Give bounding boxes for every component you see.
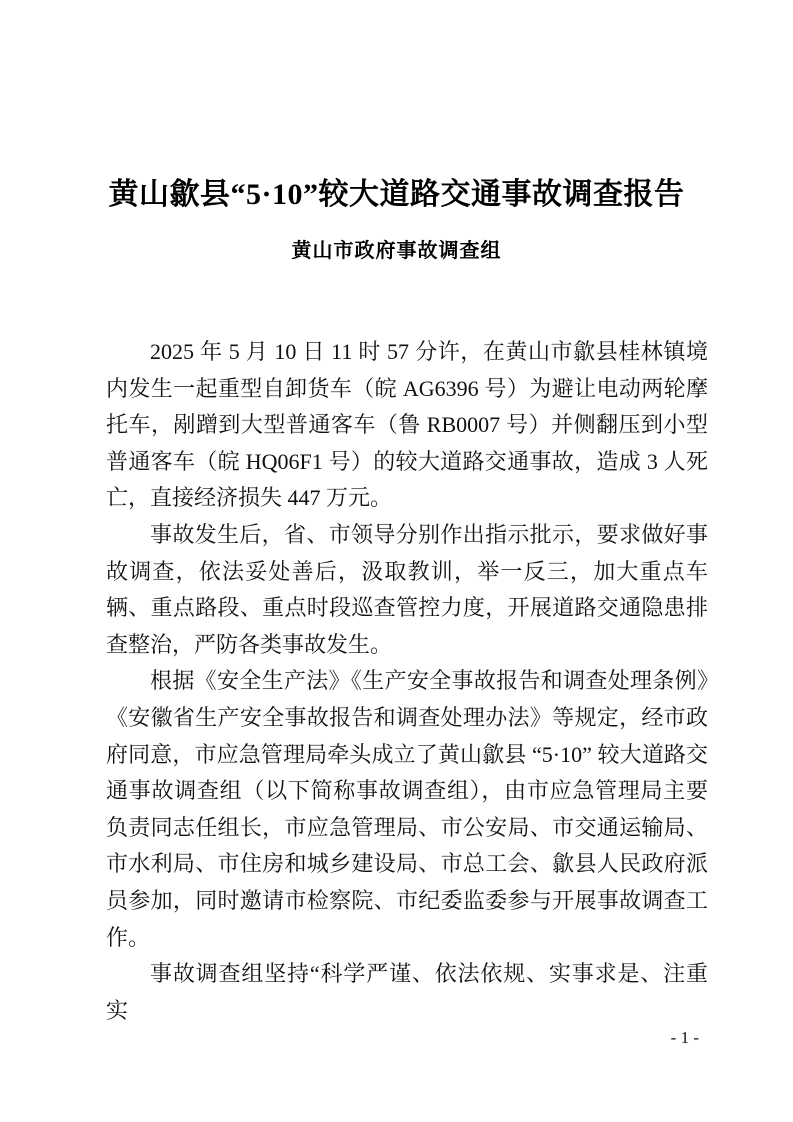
- report-title: 黄山歙县“5·10”较大道路交通事故调查报告: [40, 176, 753, 214]
- page-number: - 1 -: [671, 1027, 699, 1049]
- paragraph-principles-truncated: 事故调查组坚持“科学严谨、依法依规、实事求是、注重实: [106, 956, 708, 1029]
- paragraph-accident-summary: 2025 年 5 月 10 日 11 时 57 分许，在黄山市歙县桂林镇境内发生…: [106, 334, 708, 517]
- paragraph-investigation-team: 根据《安全生产法》《生产安全事故报告和调查处理条例》《安徽省生产安全事故报告和调…: [106, 663, 708, 956]
- report-subtitle-author: 黄山市政府事故调查组: [40, 238, 753, 264]
- document-page: 黄山歙县“5·10”较大道路交通事故调查报告 黄山市政府事故调查组 2025 年…: [0, 0, 793, 1122]
- report-body: 2025 年 5 月 10 日 11 时 57 分许，在黄山市歙县桂林镇境内发生…: [106, 334, 708, 1029]
- paragraph-leader-instructions: 事故发生后，省、市领导分别作出指示批示，要求做好事故调查，依法妥处善后，汲取教训…: [106, 517, 708, 663]
